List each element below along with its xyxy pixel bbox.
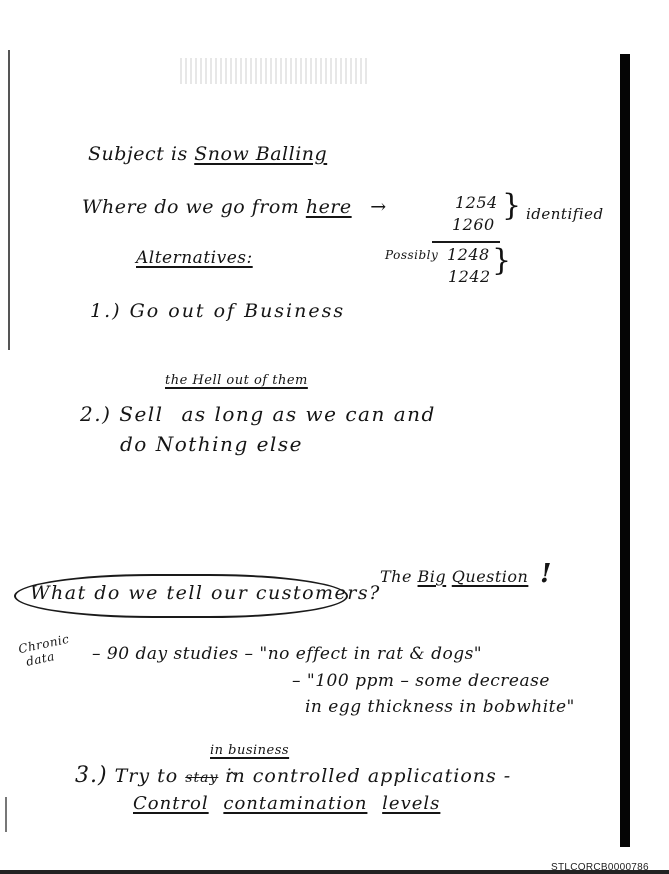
possibly-label: Possibly [385, 248, 438, 262]
item-2-number: 2.) [80, 402, 111, 426]
item-2-line1: 2.) Sell as long as we can and [80, 402, 436, 426]
item-2-text-a: Sell [119, 402, 163, 426]
brace-identified: } [502, 188, 521, 223]
item-3-number: 3.) [75, 763, 108, 788]
item-2-text-b: as long as we can and [181, 402, 435, 426]
where-text: Where do we go from [82, 196, 299, 218]
bottom-scan-edge [0, 870, 669, 874]
item-3-contamination: contamination [223, 793, 367, 814]
item-2-insert: the Hell out of them [165, 373, 308, 388]
separator-line [432, 241, 500, 243]
scan-edge-bar [620, 54, 630, 847]
subject-line: Subject is Snow Balling [88, 143, 327, 165]
item-1: 1.) Go out of Business [90, 300, 345, 322]
subject-prefix: Subject is [88, 143, 188, 165]
where-line: Where do we go from here → [82, 196, 387, 218]
left-margin-mark [5, 797, 7, 832]
big-question-big: Big [418, 567, 447, 586]
identified-label: identified [526, 205, 604, 223]
item-3-levels: levels [382, 793, 440, 814]
subject-topic: Snow Balling [194, 143, 327, 165]
where-emph: here [306, 196, 352, 218]
chronic-line-2: – "100 ppm – some decrease [292, 671, 550, 691]
item-1-number: 1.) [90, 300, 122, 322]
chronic-line-1: – 90 day studies – "no effect in rat & d… [92, 644, 482, 664]
exclamation-mark: ! [540, 559, 552, 589]
item-3-struck: stay [185, 770, 218, 786]
chronic-line-3: in egg thickness in bobwhite" [305, 697, 575, 717]
number-1260: 1260 [452, 215, 495, 234]
item-2-line2: do Nothing else [120, 432, 303, 456]
number-1242: 1242 [448, 267, 491, 286]
item-1-text: Go out of Business [130, 300, 346, 322]
alternatives-heading: Alternatives: [136, 248, 253, 268]
left-margin-line [8, 50, 10, 350]
faded-header-text [180, 58, 370, 84]
number-1248: 1248 [447, 245, 490, 264]
item-3-line2: Control contamination levels [133, 793, 440, 814]
big-question-question: Question [452, 567, 529, 586]
customers-question: What do we tell our customers? [30, 582, 381, 604]
item-3-rest: in controlled applications - [225, 765, 511, 787]
item-3-control: Control [133, 793, 209, 814]
arrow-icon: → [370, 196, 386, 218]
item-3-pre: Try to [115, 765, 179, 787]
big-question-pre: The [380, 567, 412, 586]
number-1254: 1254 [455, 193, 498, 212]
big-question: The Big Question ! [380, 559, 552, 589]
brace-possibly: } [492, 243, 511, 278]
item-3-insert: in business [210, 743, 289, 758]
item-3-line1: 3.) Try to stay in controlled applicatio… [75, 763, 511, 788]
document-page: Subject is Snow Balling Where do we go f… [0, 0, 669, 874]
